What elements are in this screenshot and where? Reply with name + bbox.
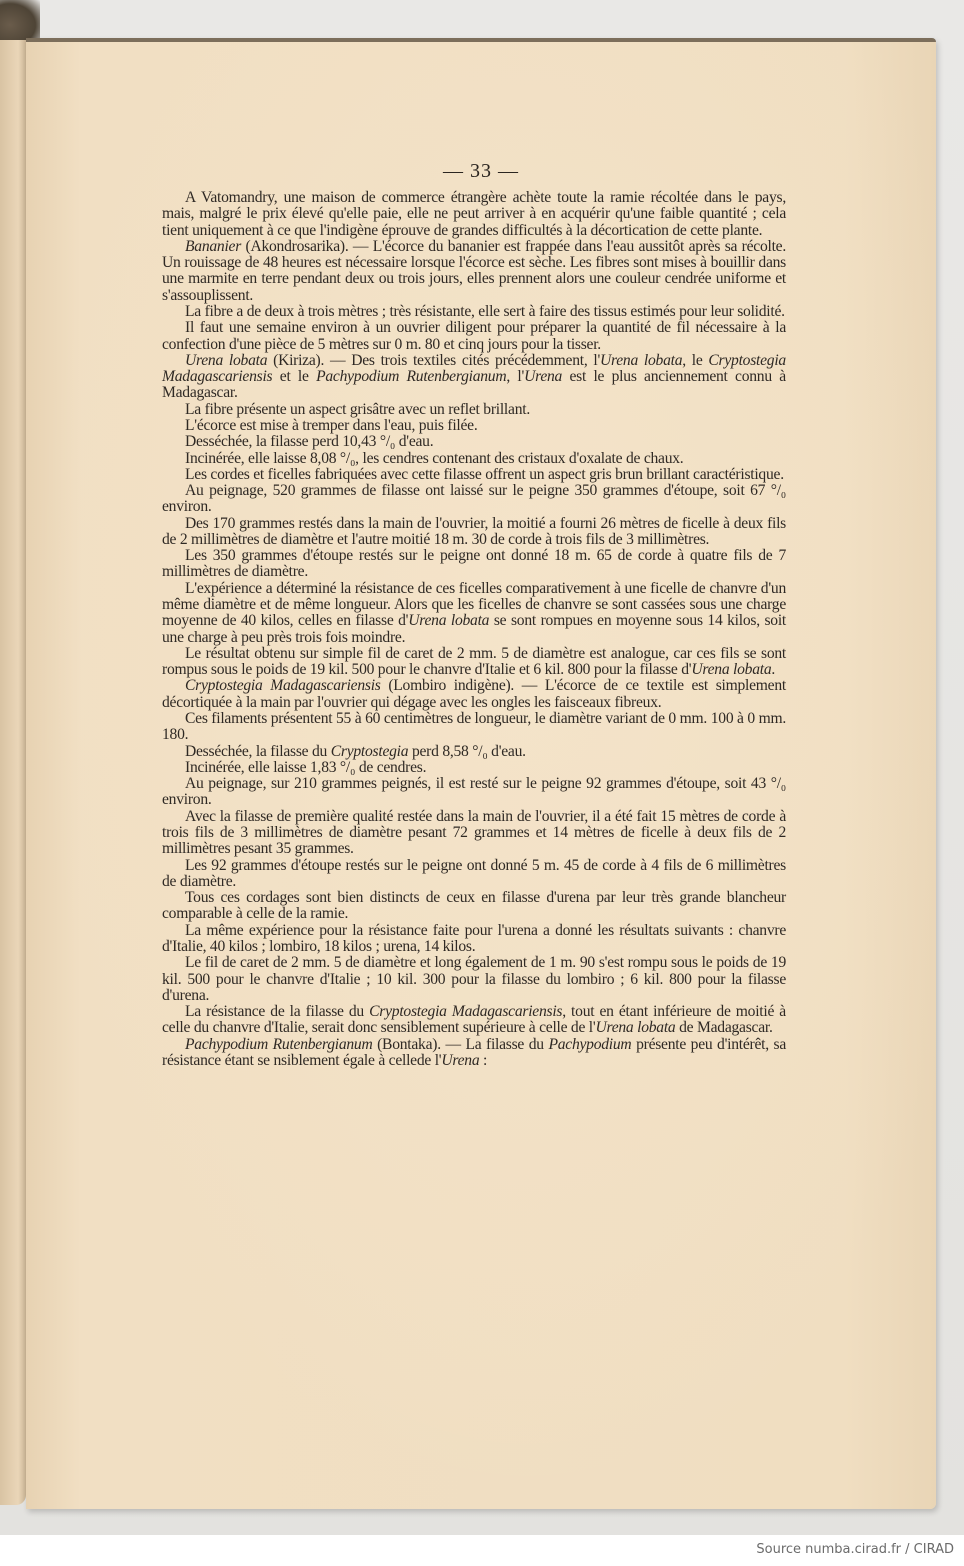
paragraph: Les cordes et ficelles fabriquées avec c…: [162, 467, 786, 483]
text-run: :: [479, 1052, 487, 1069]
text-run: .: [771, 661, 775, 678]
text-run: Des 170 grammes restés dans la main de l…: [162, 515, 786, 548]
italic-term: Bananier: [185, 238, 241, 255]
page-number: — 33 —: [26, 160, 936, 183]
italic-term: Urena lobata: [595, 1019, 675, 1036]
text-run: La résistance de la filasse du: [185, 1003, 369, 1020]
text-run: Au peignage, sur 210 grammes peignés, il…: [162, 775, 786, 808]
paragraph: Desséchée, la filasse perd 10,43 °/₀ d'e…: [162, 434, 786, 450]
paragraph: Le résultat obtenu sur simple fil de car…: [162, 646, 786, 679]
paragraph: Il faut une semaine environ à un ouvrier…: [162, 320, 786, 353]
text-run: perd 8,58 °/₀ d'eau.: [408, 743, 526, 760]
italic-term: Urena: [441, 1052, 479, 1069]
text-run: Desséchée, la filasse du: [185, 743, 331, 760]
body-text: A Vatomandry, une maison de commerce étr…: [162, 190, 786, 1069]
text-run: Au peignage, 520 grammes de filasse ont …: [162, 482, 786, 515]
paragraph: Desséchée, la filasse du Cryptostegia pe…: [162, 744, 786, 760]
italic-term: Cryptostegia: [331, 743, 409, 760]
text-run: Ces filaments présentent 55 à 60 centimè…: [162, 710, 786, 743]
book-binding-corner: [0, 0, 40, 40]
text-run: (Akondrosarika). — L'écorce du bananier …: [162, 238, 786, 304]
paragraph: Bananier (Akondrosarika). — L'écorce du …: [162, 239, 786, 304]
italic-term: Urena: [524, 368, 562, 385]
text-run: La même expérience pour la résistance fa…: [162, 922, 786, 955]
paragraph: Urena lobata (Kiriza). — Des trois texti…: [162, 353, 786, 402]
italic-term: Urena lobata: [600, 352, 682, 369]
paragraph: La fibre a de deux à trois mètres ; très…: [162, 304, 786, 320]
text-run: La fibre a de deux à trois mètres ; très…: [185, 303, 785, 320]
paragraph: Au peignage, sur 210 grammes peignés, il…: [162, 776, 786, 809]
italic-term: Urena lobata: [408, 612, 489, 629]
paragraph: Incinérée, elle laisse 8,08 °/₀, les cen…: [162, 451, 786, 467]
italic-term: Urena lobata: [691, 661, 771, 678]
paragraph: L'expérience a déterminé la résistance d…: [162, 581, 786, 646]
previous-page-edge: [0, 30, 26, 1505]
italic-term: Urena lobata: [185, 352, 267, 369]
paragraph: Les 92 grammes d'étoupe restés sur le pe…: [162, 858, 786, 891]
italic-term: Pachypodium Rutenbergianum: [185, 1036, 372, 1053]
paragraph: Tous ces cordages sont bien distincts de…: [162, 890, 786, 923]
text-run: A Vatomandry, une maison de commerce étr…: [162, 189, 786, 239]
paragraph: Le fil de caret de 2 mm. 5 de diamètre e…: [162, 955, 786, 1004]
text-run: La fibre présente un aspect grisâtre ave…: [185, 401, 530, 418]
text-run: Les 350 grammes d'étoupe restés sur le p…: [162, 547, 786, 580]
paragraph: La fibre présente un aspect grisâtre ave…: [162, 402, 786, 418]
paragraph: Pachypodium Rutenbergianum (Bontaka). — …: [162, 1037, 786, 1070]
text-run: Les 92 grammes d'étoupe restés sur le pe…: [162, 857, 786, 890]
italic-term: Pachypodium: [548, 1036, 631, 1053]
paragraph: Des 170 grammes restés dans la main de l…: [162, 516, 786, 549]
text-run: de Madagascar.: [675, 1019, 772, 1036]
text-run: Incinérée, elle laisse 1,83 °/₀ de cendr…: [185, 759, 426, 776]
text-run: (Bontaka). — La filasse du: [372, 1036, 548, 1053]
paragraph: Avec la filasse de première qualité rest…: [162, 809, 786, 858]
text-run: Avec la filasse de première qualité rest…: [162, 808, 786, 858]
paragraph: La résistance de la filasse du Cryptoste…: [162, 1004, 786, 1037]
italic-term: Cryptostegia Madagascariensis: [369, 1003, 562, 1020]
text-run: Le fil de caret de 2 mm. 5 de diamètre e…: [162, 954, 786, 1004]
source-credit: Source numba.cirad.fr / CIRAD: [756, 1542, 954, 1557]
paragraph: Ces filaments présentent 55 à 60 centimè…: [162, 711, 786, 744]
text-run: , le: [682, 352, 708, 369]
text-run: (Kiriza). — Des trois textiles cités pré…: [267, 352, 600, 369]
italic-term: Cryptostegia Madagascariensis: [185, 677, 381, 694]
text-run: Les cordes et ficelles fabriquées avec c…: [185, 466, 784, 483]
paragraph: A Vatomandry, une maison de commerce étr…: [162, 190, 786, 239]
text-run: Incinérée, elle laisse 8,08 °/₀, les cen…: [185, 450, 683, 467]
paragraph: L'écorce est mise à tremper dans l'eau, …: [162, 418, 786, 434]
italic-term: Pachypodium Rutenbergianum: [316, 368, 506, 385]
text-run: L'écorce est mise à tremper dans l'eau, …: [185, 417, 478, 434]
paragraph: Cryptostegia Madagascariensis (Lombiro i…: [162, 678, 786, 711]
text-run: , l': [506, 368, 524, 385]
book-page: — 33 — A Vatomandry, une maison de comme…: [26, 38, 936, 1509]
paragraph: Incinérée, elle laisse 1,83 °/₀ de cendr…: [162, 760, 786, 776]
text-run: Desséchée, la filasse perd 10,43 °/₀ d'e…: [185, 433, 433, 450]
paragraph: La même expérience pour la résistance fa…: [162, 923, 786, 956]
text-run: Tous ces cordages sont bien distincts de…: [162, 889, 786, 922]
text-run: Il faut une semaine environ à un ouvrier…: [162, 319, 786, 352]
paragraph: Les 350 grammes d'étoupe restés sur le p…: [162, 548, 786, 581]
paragraph: Au peignage, 520 grammes de filasse ont …: [162, 483, 786, 516]
text-run: et le: [272, 368, 316, 385]
